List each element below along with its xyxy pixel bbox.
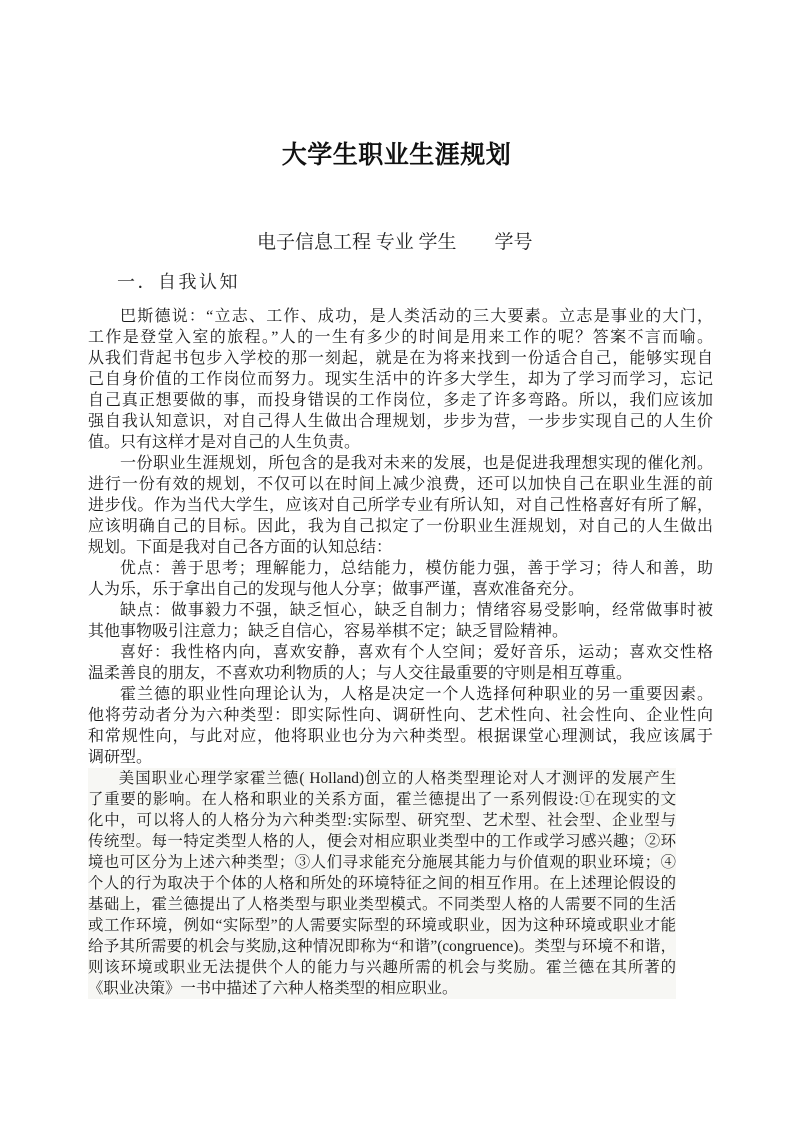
document-page: 大学生职业生涯规划 电子信息工程 专业 学生 学号 一．自我认知 巴斯德说：“立… (0, 0, 793, 1122)
paragraph: 巴斯德说：“立志、工作、成功，是人类活动的三大要素。立志是事业的大门，工作是登堂… (88, 306, 713, 453)
text-line: 喜好：我性格内向，喜欢安静，喜欢有个人空间；爱好音乐，运动；喜欢交性格 (88, 642, 713, 663)
text-line: 自己真正想要做的事，而投身错误的工作岗位，多走了许多弯路。所以，我们应该加 (88, 390, 713, 411)
text-line: 优点：善于思考；理解能力，总结能力，模仿能力强，善于学习；待人和善，助 (88, 558, 713, 579)
text-line: 则该环境或职业无法提供个人的能力与兴趣所需的机会与奖励。霍兰德在其所著的 (88, 957, 676, 978)
text-line: 和常规性向，与此对应，他将职业也分为六种类型。根据课堂心理测试，我应该属于 (88, 726, 713, 747)
text-line: 境也可区分为上述六种类型；③人们寻求能充分施展其能力与价值观的职业环境；④ (88, 852, 676, 873)
text-line: 他将劳动者分为六种类型：即实际性向、调研性向、艺术性向、社会性向、企业性向 (88, 705, 713, 726)
text-line: 温柔善良的朋友，不喜欢功利物质的人；与人交往最重要的守则是相互尊重。 (88, 663, 713, 684)
body-text: 巴斯德说：“立志、工作、成功，是人类活动的三大要素。立志是事业的大门，工作是登堂… (88, 306, 713, 999)
text-line: 传统型。每一特定类型人格的人，便会对相应职业类型中的工作或学习感兴趣；②环 (88, 831, 676, 852)
text-line: 个人的行为取决于个体的人格和所处的环境特征之间的相互作用。在上述理论假设的 (88, 873, 676, 894)
text-line: 其他事物吸引注意力；缺乏自信心，容易举棋不定；缺乏冒险精神。 (88, 621, 713, 642)
text-line: 缺点：做事毅力不强，缺乏恒心，缺乏自制力；情绪容易受影响，经常做事时被 (88, 600, 713, 621)
paragraph: 一份职业生涯规划，所包含的是我对未来的发展，也是促进我理想实现的催化剂。进行一份… (88, 453, 713, 558)
text-line: 强自我认知意识，对自己得人生做出合理规划，步步为营，一步步实现自己的人生价 (88, 411, 713, 432)
text-line: 值。只有这样才是对自己的人生负责。 (88, 432, 713, 453)
text-line: 基础上，霍兰德提出了人格类型与职业类型模式。不同类型人格的人需要不同的生活 (88, 894, 676, 915)
text-line: 己自身价值的工作岗位而努力。现实生活中的许多大学生，却为了学习而学习，忘记 (88, 369, 713, 390)
section-heading: 一．自我认知 (117, 270, 240, 294)
text-line: 工作是登堂入室的旅程。”人的一生有多少的时间是用来工作的呢？答案不言而喻。 (88, 327, 713, 348)
text-line: 人为乐，乐于拿出自己的发现与他人分享；做事严谨，喜欢准备充分。 (88, 579, 713, 600)
text-line: 《职业决策》一书中描述了六种人格类型的相应职业。 (88, 978, 676, 999)
text-line: 应该明确自己的目标。因此，我为自己拟定了一份职业生涯规划，对自己的人生做出 (88, 516, 713, 537)
byline: 电子信息工程 专业 学生 学号 (257, 231, 533, 255)
highlighted-paragraph: 美国职业心理学家霍兰德( Holland)创立的人格类型理论对人才测评的发展产生… (88, 768, 676, 999)
text-line: 进步伐。作为当代大学生，应该对自己所学专业有所认知，对自己性格喜好有所了解， (88, 495, 713, 516)
text-line: 了重要的影响。在人格和职业的关系方面，霍兰德提出了一系列假设:①在现实的文 (88, 789, 676, 810)
paragraph: 优点：善于思考；理解能力，总结能力，模仿能力强，善于学习；待人和善，助人为乐，乐… (88, 558, 713, 600)
text-line: 巴斯德说：“立志、工作、成功，是人类活动的三大要素。立志是事业的大门， (88, 306, 713, 327)
text-line: 霍兰德的职业性向理论认为，人格是决定一个人选择何种职业的另一重要因素。 (88, 684, 713, 705)
text-line: 化中，可以将人的人格分为六种类型:实际型、研究型、艺术型、社会型、企业型与 (88, 810, 676, 831)
paragraph: 霍兰德的职业性向理论认为，人格是决定一个人选择何种职业的另一重要因素。他将劳动者… (88, 684, 713, 768)
text-line: 或工作环境，例如“实际型”的人需要实际型的环境或职业，因为这种环境或职业才能 (88, 915, 676, 936)
text-line: 从我们背起书包步入学校的那一刻起，就是在为将来找到一份适合自己，能够实现自 (88, 348, 713, 369)
document-title: 大学生职业生涯规划 (0, 140, 793, 172)
text-line: 美国职业心理学家霍兰德( Holland)创立的人格类型理论对人才测评的发展产生 (88, 768, 676, 789)
text-line: 调研型。 (88, 747, 713, 768)
text-line: 给予其所需要的机会与奖励,这种情况即称为“和谐”(congruence)。类型与… (88, 936, 676, 957)
text-line: 进行一份有效的规划，不仅可以在时间上减少浪费，还可以加快自己在职业生涯的前 (88, 474, 713, 495)
text-line: 规划。下面是我对自己各方面的认知总结： (88, 537, 713, 558)
text-line: 一份职业生涯规划，所包含的是我对未来的发展，也是促进我理想实现的催化剂。 (88, 453, 713, 474)
paragraph: 喜好：我性格内向，喜欢安静，喜欢有个人空间；爱好音乐，运动；喜欢交性格温柔善良的… (88, 642, 713, 684)
paragraph: 缺点：做事毅力不强，缺乏恒心，缺乏自制力；情绪容易受影响，经常做事时被其他事物吸… (88, 600, 713, 642)
